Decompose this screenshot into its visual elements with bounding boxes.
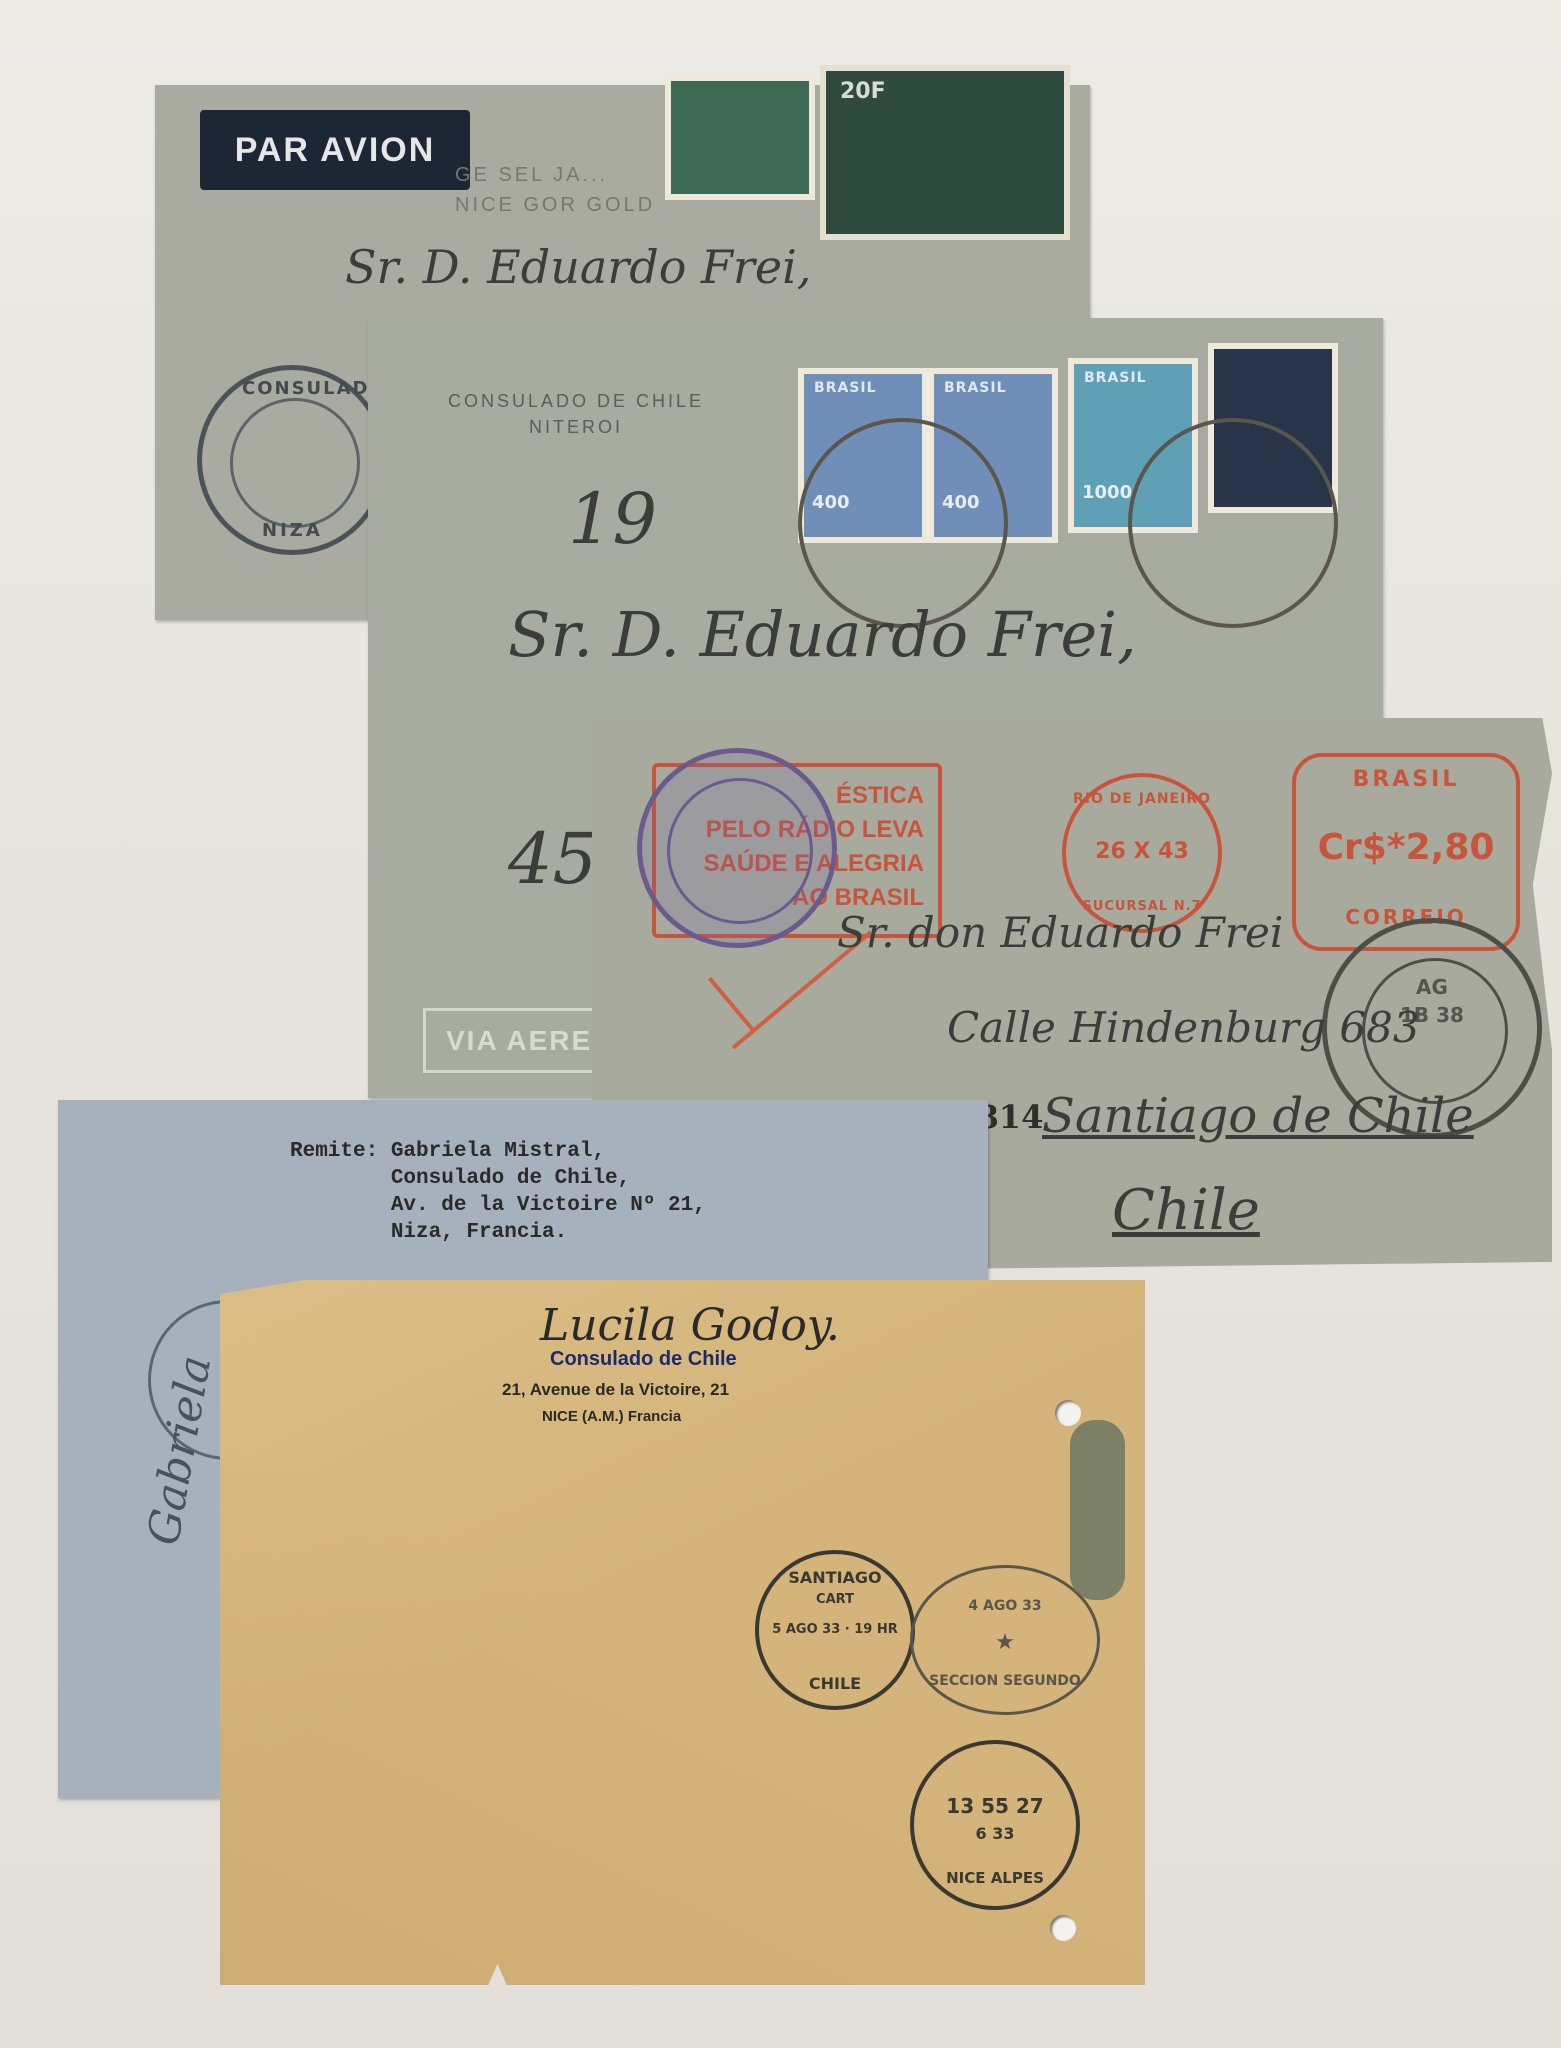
- machine-cancel: GE SEL JA... NICE GOR GOLD: [455, 160, 655, 220]
- punch-hole: [1050, 1915, 1076, 1941]
- santiago-postmark: SANTIAGO CART 5 AGO 33 · 19 HR CHILE: [755, 1550, 915, 1710]
- note-number: 19: [568, 478, 657, 560]
- consulate-stamp: Consulado de Chile: [550, 1348, 737, 1371]
- green-stain: [1070, 1420, 1125, 1600]
- typed-return-address: Remite: Gabriela Mistral, Consulado de C…: [290, 1138, 706, 1246]
- seal-inner-ring: [230, 398, 360, 528]
- red-crayon-mark: [708, 977, 756, 1033]
- stamp-city-view: 20F: [820, 65, 1070, 240]
- printed-sender: CONSULADO DE CHILE NITEROI: [448, 388, 704, 440]
- recipient-handwriting: Sr. D. Eduardo Frei,: [345, 240, 811, 294]
- signature: Lucila Godoy.: [540, 1300, 840, 1351]
- star-icon: ★: [913, 1630, 1097, 1655]
- printed-city: NICE (A.M.) Francia: [542, 1408, 681, 1425]
- seal-inner-ring: [667, 778, 813, 924]
- address-line: Sr. don Eduardo Frei: [837, 908, 1283, 957]
- nice-postmark: 13 55 27 6 33 NICE ALPES: [910, 1740, 1080, 1910]
- par-avion-label: PAR AVION: [200, 110, 470, 190]
- address-line: Chile: [1112, 1178, 1260, 1243]
- violet-seal: [637, 748, 837, 948]
- printed-address: 21, Avenue de la Victoire, 21: [502, 1380, 729, 1400]
- postmark: [1128, 418, 1338, 628]
- seccion-postmark: 4 AGO 33 ★ SECCION SEGUNDO: [910, 1565, 1100, 1715]
- note-number: 45: [508, 818, 597, 900]
- recipient-handwriting: Sr. D. Eduardo Frei,: [508, 598, 1137, 671]
- address-line: Calle Hindenburg 683: [947, 1003, 1420, 1052]
- punch-hole: [1055, 1400, 1081, 1426]
- address-line: Santiago de Chile: [1042, 1088, 1474, 1144]
- consulate-seal: CONSULADO NIZA: [197, 365, 387, 555]
- envelope-lucila-godoy: Lucila Godoy. Consulado de Chile 21, Ave…: [220, 1280, 1145, 1985]
- stamp-portrait: [665, 75, 815, 200]
- postmark: [798, 418, 1008, 628]
